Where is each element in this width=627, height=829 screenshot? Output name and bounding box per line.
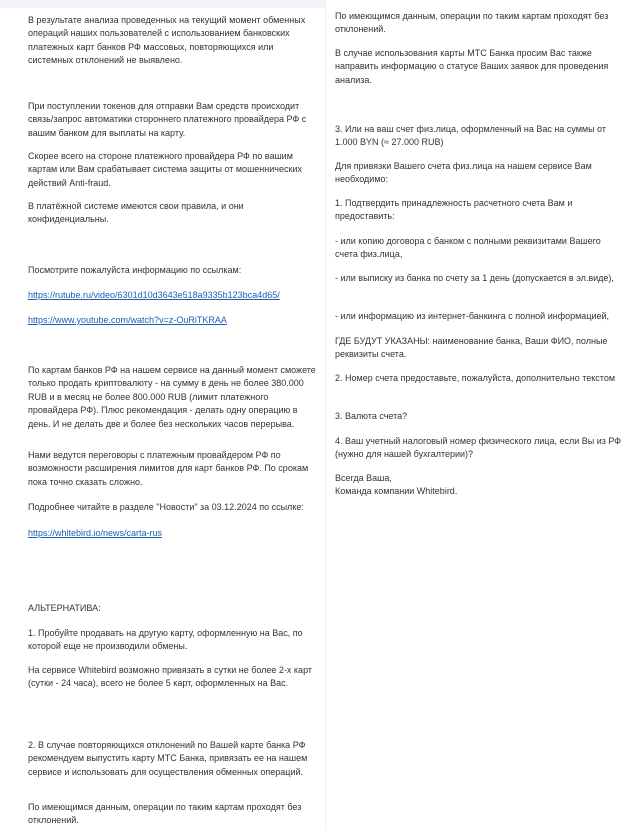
- link-news[interactable]: https://whitebird.io/news/carta-rus: [28, 528, 162, 538]
- heading-alternative: АЛЬТЕРНАТИВА:: [28, 602, 318, 615]
- paragraph-tokens: При поступлении токенов для отправки Вам…: [28, 100, 318, 140]
- paragraph-confirm-ownership: 1. Подтвердить принадлежность расчетного…: [335, 197, 625, 224]
- paragraph-other-card: 1. Пробуйте продавать на другую карту, о…: [28, 627, 318, 654]
- paragraph-internet-banking: - или информацию из интернет-банкинга с …: [335, 310, 625, 323]
- paragraph-mts-ok: По имеющимся данным, операции по таким к…: [28, 801, 318, 828]
- paragraph-mts-card: 2. В случае повторяющихся отклонений по …: [28, 739, 318, 779]
- paragraph-news: Подробнее читайте в разделе "Новости" за…: [28, 501, 318, 514]
- link-rutube[interactable]: https://rutube.ru/video/6301d10d3643e518…: [28, 290, 280, 300]
- paragraph-tax-number: 4. Ваш учетный налоговый номер физическо…: [335, 435, 625, 462]
- paragraph-limits: По картам банков РФ на нашем сервисе на …: [28, 364, 318, 431]
- paragraph-rules: В платёжной системе имеются свои правила…: [28, 200, 318, 227]
- paragraph-analysis: В результате анализа проведенных на теку…: [28, 14, 318, 68]
- message-column-right: По имеющимся данным, операции по таким к…: [325, 0, 627, 829]
- link-youtube[interactable]: https://www.youtube.com/watch?v=z-OuRiTK…: [28, 315, 227, 325]
- paragraph-required-fields: ГДЕ БУДУТ УКАЗАНЫ: наименование банка, В…: [335, 335, 625, 362]
- paragraph-mts-ok-right: По имеющимся данным, операции по таким к…: [335, 10, 625, 37]
- paragraph-mts-status: В случае использования карты МТС Банка п…: [335, 47, 625, 87]
- paragraph-antifraud: Скорее всего на стороне платежного прова…: [28, 150, 318, 190]
- signature-line-2: Команда компании Whitebird.: [335, 485, 625, 498]
- signature-line-1: Всегда Ваша,: [335, 472, 625, 485]
- paragraph-bank-statement: - или выписку из банка по счету за 1 ден…: [335, 272, 625, 285]
- paragraph-currency: 3. Валюта счета?: [335, 410, 625, 423]
- paragraph-links-intro: Посмотрите пожалуйста информацию по ссыл…: [28, 264, 318, 277]
- paragraph-contract-copy: - или копию договора с банком с полными …: [335, 235, 625, 262]
- paragraph-card-limits: На сервисе Whitebird возможно привязать …: [28, 664, 318, 691]
- paragraph-negotiations: Нами ведутся переговоры с платежным пров…: [28, 449, 318, 489]
- message-column-left: В результате анализа проведенных на теку…: [0, 0, 325, 829]
- paragraph-personal-account: 3. Или на ваш счет физ.лица, оформленный…: [335, 123, 625, 150]
- paragraph-account-number: 2. Номер счета предоставьте, пожалуйста,…: [335, 372, 625, 385]
- paragraph-binding-intro: Для привязки Вашего счета физ.лица на на…: [335, 160, 625, 187]
